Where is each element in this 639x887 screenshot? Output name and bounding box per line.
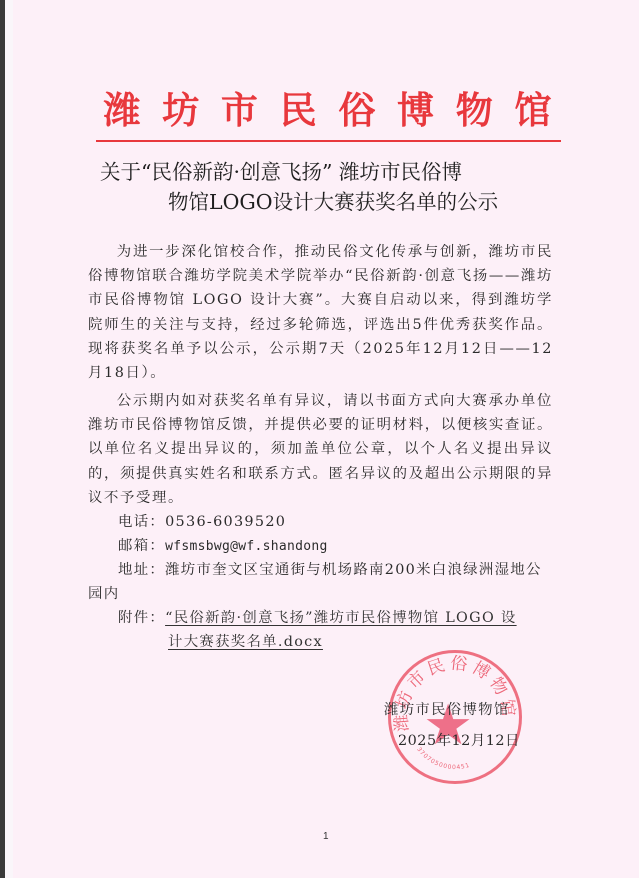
contact-email: 邮箱：wfsmsbwg@wf.shandong: [88, 534, 558, 559]
masthead-divider: [96, 140, 561, 142]
attachment-link-line-2[interactable]: 计大赛获奖名单.docx: [168, 634, 323, 650]
address-label: 地址：: [118, 562, 165, 578]
masthead-char: 市: [217, 88, 261, 132]
document-page: 潍 坊 市 民 俗 博 物 馆 关于“民俗新韵·创意飞扬” 潍坊市民俗博 物馆L…: [0, 0, 639, 878]
masthead-char: 物: [452, 88, 496, 132]
masthead-char: 民: [276, 88, 320, 132]
paragraph-objection: 公示期内如对获奖名单有异议，请以书面方式向大赛承办单位潍坊市民俗博物馆反馈，并提…: [88, 389, 553, 510]
masthead-char: 坊: [159, 88, 203, 132]
attachment: 附件：“民俗新韵·创意飞扬”潍坊市民俗博物馆 LOGO 设 计大赛获奖名单.do…: [88, 606, 558, 654]
masthead-char: 潍: [100, 88, 144, 132]
attachment-link-line-1[interactable]: “民俗新韵·创意飞扬”潍坊市民俗博物馆 LOGO 设: [165, 610, 517, 626]
scan-bottom-edge: [0, 878, 639, 887]
paragraph-intro: 为进一步深化馆校合作，推动民俗文化传承与创新，潍坊市民俗博物馆联合潍坊学院美术学…: [88, 240, 553, 385]
title-line-2: 物馆LOGO设计大赛获奖名单的公示: [100, 187, 560, 217]
phone-value: 0536-6039520: [165, 514, 286, 530]
masthead-char: 俗: [335, 88, 379, 132]
contact-address: 地址：潍坊市奎文区宝通街与机场路南200米白浪绿洲湿地公 园内: [88, 558, 558, 606]
address-line-2: 园内: [88, 586, 119, 602]
contact-phone: 电话：0536-6039520: [88, 510, 558, 534]
address-line-1: 潍坊市奎文区宝通街与机场路南200米白浪绿洲湿地公: [165, 562, 542, 578]
attachment-label: 附件：: [118, 610, 165, 626]
signature-organization: 潍坊市民俗博物馆: [384, 698, 510, 719]
masthead-char: 博: [394, 88, 438, 132]
phone-label: 电话：: [118, 514, 165, 530]
page-number: 1: [323, 831, 329, 842]
masthead-title: 潍 坊 市 民 俗 博 物 馆: [100, 88, 555, 132]
signature-date: 2025年12月12日: [398, 729, 520, 750]
title-line-1: 关于“民俗新韵·创意飞扬” 潍坊市民俗博: [100, 157, 560, 187]
document-title: 关于“民俗新韵·创意飞扬” 潍坊市民俗博 物馆LOGO设计大赛获奖名单的公示: [100, 157, 560, 217]
email-value: wfsmsbwg@wf.shandong: [165, 539, 328, 554]
masthead-char: 馆: [511, 88, 555, 132]
email-label: 邮箱：: [118, 538, 165, 554]
